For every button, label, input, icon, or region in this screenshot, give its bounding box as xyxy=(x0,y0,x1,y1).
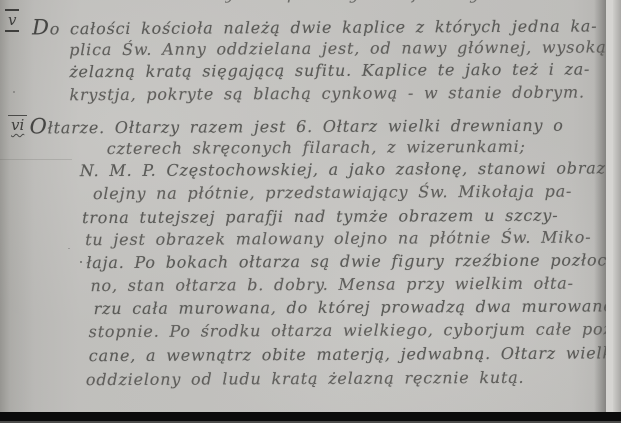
paper-crease xyxy=(0,159,72,160)
ink-speck xyxy=(13,91,15,93)
handwritten-line-15: cane, a wewnątrz obite materją, jedwabną… xyxy=(89,343,607,366)
ink-speck xyxy=(80,261,82,263)
scanned-manuscript-page: y p y f y v vi Do całości kościoła należ… xyxy=(0,0,621,423)
handwritten-line-9: trona tutejszej parafji nad tymże obraze… xyxy=(82,206,558,228)
handwritten-line-11: łaja. Po bokach ołtarza są dwie figury r… xyxy=(86,250,607,273)
ink-speck xyxy=(68,248,70,249)
handwritten-line-16: oddzielony od ludu kratą żelazną ręcznie… xyxy=(86,368,525,390)
handwritten-line-13: rzu cała murowana, do której prowadzą dw… xyxy=(93,296,607,319)
handwritten-line-2: plica Św. Anny oddzielana jest, od nawy … xyxy=(69,37,606,60)
handwritten-line-7: N. M. P. Częstochowskiej, a jako zasłonę… xyxy=(80,158,606,181)
handwritten-line-3: żelazną kratą sięgającą sufitu. Kaplice … xyxy=(69,59,590,82)
handwritten-line-1: Do całości kościoła należą dwie kaplice … xyxy=(32,14,598,39)
adjacent-page-edge xyxy=(613,0,621,423)
handwritten-line-6: czterech skręconych filarach, z wizerunk… xyxy=(107,137,526,159)
book-fold-shadow xyxy=(594,0,606,423)
handwritten-line-10: tu jest obrazek malowany olejno na płótn… xyxy=(85,227,591,250)
handwritten-line-4: krystja, pokryte są blachą cynkową - w s… xyxy=(69,83,585,106)
handwritten-line-8: olejny na płótnie, przedstawiający Św. M… xyxy=(93,182,572,205)
scan-bottom-black-bar xyxy=(0,412,621,421)
handwritten-line-12: no, stan ołtarza b. dobry. Mensa przy wi… xyxy=(90,274,573,297)
handwritten-line-5: Ołtarze. Ołtarzy razem jest 6. Ołtarz wi… xyxy=(30,114,564,139)
handwritten-line-14: stopnie. Po środku ołtarza wielkiego, cy… xyxy=(89,319,607,342)
page-edge-highlight xyxy=(606,0,613,423)
handwritten-text-block: Do całości kościoła należą dwie kaplice … xyxy=(0,0,607,414)
